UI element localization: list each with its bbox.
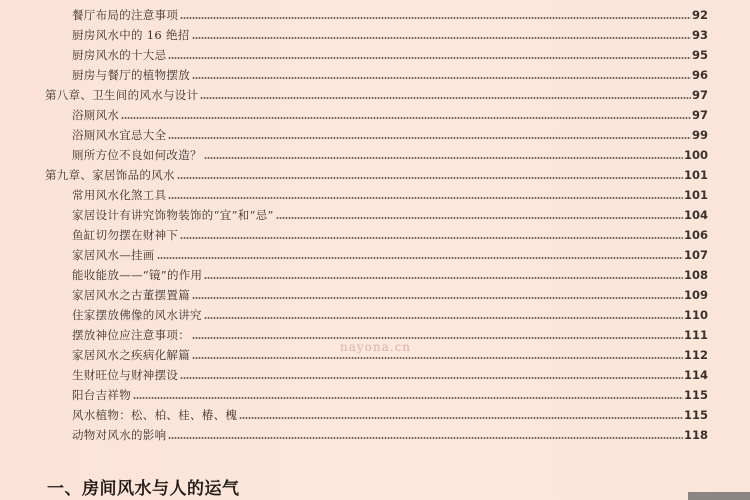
toc-entry-page: 118 xyxy=(684,428,708,442)
dot-leader xyxy=(204,317,683,319)
dot-leader xyxy=(180,377,683,379)
toc-entry[interactable]: 阳台吉祥物 115 xyxy=(72,382,708,402)
dot-leader xyxy=(180,17,691,19)
toc-chapter-entry[interactable]: 第九章、家居饰品的风水 101 xyxy=(45,162,708,182)
toc-entry-page: 95 xyxy=(692,48,708,62)
corner-bar xyxy=(688,492,750,500)
toc-entry-page: 99 xyxy=(692,128,708,142)
dot-leader xyxy=(204,157,683,159)
toc-chapter-entry[interactable]: 第八章、卫生间的风水与设计 97 xyxy=(45,82,708,102)
toc-entry-title: 阳台吉祥物 xyxy=(72,388,131,402)
dot-leader xyxy=(204,277,683,279)
dot-leader xyxy=(168,137,691,139)
toc-entry-page: 101 xyxy=(684,168,708,182)
dot-leader xyxy=(133,397,683,399)
toc-entry-title: 住家摆放佛像的风水讲究 xyxy=(72,308,202,322)
toc-entry-page: 110 xyxy=(684,308,708,322)
toc-entry-page: 97 xyxy=(692,108,708,122)
toc-entry-title: 摆放神位应注意事项： xyxy=(72,328,190,342)
toc-entry-title: 家居风水之古董摆置篇 xyxy=(72,288,190,302)
toc-entry-title: 家居风水之疾病化解篇 xyxy=(72,348,190,362)
toc-entry-title: 家居风水—挂画 xyxy=(72,248,155,262)
toc-entry[interactable]: 生财旺位与财神摆设 114 xyxy=(72,362,708,382)
toc-entry-title: 浴厕风水宜忌大全 xyxy=(72,128,166,142)
toc-entry[interactable]: 厨房风水的十大忌 95 xyxy=(72,42,708,62)
toc-entry[interactable]: 鱼缸切勿摆在财神下 106 xyxy=(72,222,708,242)
dot-leader xyxy=(276,217,683,219)
corner-mark-icon xyxy=(672,492,686,500)
dot-leader xyxy=(192,297,683,299)
toc-entry[interactable]: 常用风水化煞工具 101 xyxy=(72,182,708,202)
dot-leader xyxy=(168,437,683,439)
dot-leader xyxy=(180,237,683,239)
toc-entry-title: 餐厅布局的注意事项 xyxy=(72,8,178,22)
toc-entry-title: 第九章、家居饰品的风水 xyxy=(45,168,175,182)
dot-leader xyxy=(192,357,683,359)
toc-entry-page: 97 xyxy=(692,88,708,102)
toc-entry[interactable]: 动物对风水的影响 118 xyxy=(72,422,708,442)
toc-entry-title: 鱼缸切勿摆在财神下 xyxy=(72,228,178,242)
toc-entry[interactable]: 厨房风水中的 16 绝招 93 xyxy=(72,22,708,42)
toc-entry-page: 106 xyxy=(684,228,708,242)
dot-leader xyxy=(192,337,683,339)
toc-entry[interactable]: 家居风水—挂画 107 xyxy=(72,242,708,262)
section-heading: 一、房间风水与人的运气 xyxy=(47,474,240,499)
document-page: 餐厅布局的注意事项 92 厨房风水中的 16 绝招 93 厨房风水的十大忌 95… xyxy=(0,0,750,500)
toc-entry-page: 104 xyxy=(684,208,708,222)
toc-entry-page: 114 xyxy=(684,368,708,382)
toc-entry-title: 第八章、卫生间的风水与设计 xyxy=(45,88,198,102)
toc-entry[interactable]: 住家摆放佛像的风水讲究 110 xyxy=(72,302,708,322)
dot-leader xyxy=(192,37,691,39)
dot-leader xyxy=(168,57,691,59)
toc-entry-title: 生财旺位与财神摆设 xyxy=(72,368,178,382)
toc-entry[interactable]: 摆放神位应注意事项： 111 xyxy=(72,322,708,342)
dot-leader xyxy=(177,177,683,179)
toc-entry-title: 风水植物：松、柏、桂、椿、槐 xyxy=(72,408,237,422)
toc-entry-title: 浴厕风水 xyxy=(72,108,119,122)
watermark-text: nayona.cn xyxy=(340,340,411,354)
toc-entry[interactable]: 家居风水之古董摆置篇 109 xyxy=(72,282,708,302)
toc-entry[interactable]: 厨房与餐厅的植物摆放 96 xyxy=(72,62,708,82)
dot-leader xyxy=(239,417,683,419)
toc-entry-page: 115 xyxy=(684,408,708,422)
toc-entry-page: 96 xyxy=(692,68,708,82)
toc-entry[interactable]: 餐厅布局的注意事项 92 xyxy=(72,2,708,22)
toc-entry-title: 能收能放——“镜”的作用 xyxy=(72,268,202,282)
toc-entry-page: 107 xyxy=(684,248,708,262)
toc-entry-title: 家居设计有讲究饰物装饰的“宜”和“忌” xyxy=(72,208,274,222)
toc-entry-title: 厨房风水的十大忌 xyxy=(72,48,166,62)
toc-entry[interactable]: 厕所方位不良如何改造？ 100 xyxy=(72,142,708,162)
toc-entry[interactable]: 能收能放——“镜”的作用 108 xyxy=(72,262,708,282)
toc-entry[interactable]: 浴厕风水 97 xyxy=(72,102,708,122)
toc-entry-title: 厨房风水中的 16 绝招 xyxy=(72,28,190,42)
toc-entry-page: 115 xyxy=(684,388,708,402)
toc-entry-title: 常用风水化煞工具 xyxy=(72,188,166,202)
dot-leader xyxy=(121,117,691,119)
dot-leader xyxy=(157,257,683,259)
toc-entry-page: 109 xyxy=(684,288,708,302)
toc-entry-page: 112 xyxy=(684,348,708,362)
toc-entry-page: 101 xyxy=(684,188,708,202)
toc-entry-title: 厕所方位不良如何改造？ xyxy=(72,148,202,162)
toc-entry[interactable]: 家居设计有讲究饰物装饰的“宜”和“忌” 104 xyxy=(72,202,708,222)
toc-entry-title: 厨房与餐厅的植物摆放 xyxy=(72,68,190,82)
dot-leader xyxy=(200,97,691,99)
toc-entry-page: 92 xyxy=(692,8,708,22)
dot-leader xyxy=(192,77,691,79)
toc-entry-page: 108 xyxy=(684,268,708,282)
toc-entry-title: 动物对风水的影响 xyxy=(72,428,166,442)
toc-entry-page: 93 xyxy=(692,28,708,42)
toc-entry[interactable]: 浴厕风水宜忌大全 99 xyxy=(72,122,708,142)
toc-entry[interactable]: 风水植物：松、柏、桂、椿、槐 115 xyxy=(72,402,708,422)
dot-leader xyxy=(168,197,683,199)
toc-entry-page: 111 xyxy=(684,328,708,342)
toc-entry-page: 100 xyxy=(684,148,708,162)
